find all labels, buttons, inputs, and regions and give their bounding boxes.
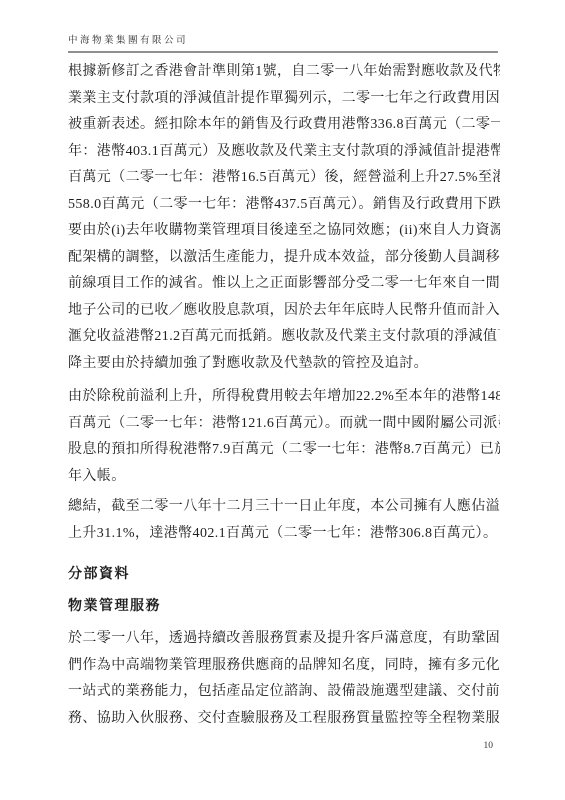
header-rule bbox=[68, 51, 498, 53]
paragraph-line: 被重新表述。經扣除本年的銷售及行政費用港幣336.8百萬元（二零一七 bbox=[68, 112, 500, 139]
paragraph-line: 降主要由於持續加強了對應收款及代墊款的管控及追討。 bbox=[68, 351, 500, 378]
paragraph-line: 前線項目工作的減省。惟以上之正面影響部分受二零一七年來自一間內 bbox=[68, 271, 500, 298]
paragraph-property-management: 於二零一八年，透過持續改善服務質素及提升客戶滿意度，有助鞏固我 們作為中高端物業… bbox=[68, 626, 500, 732]
paragraph-line: 年：港幣403.1百萬元）及應收款及代業主支付款項的淨減值計提港幣7.0 bbox=[68, 139, 500, 166]
paragraph-line: 配架構的調整，以激活生產能力，提升成本效益，部分後勤人員調移至 bbox=[68, 245, 500, 272]
paragraph-line: 百萬元（二零一七年：港幣16.5百萬元）後，經營溢利上升27.5%至港幣 bbox=[68, 165, 500, 192]
section-heading-segment-information: 分部資料 bbox=[68, 562, 500, 589]
paragraph-line: 滙兌收益港幣21.2百萬元而抵銷。應收款及代業主支付款項的淨減值下 bbox=[68, 324, 500, 351]
paragraph-line: 於二零一八年，透過持續改善服務質素及提升客戶滿意度，有助鞏固我 bbox=[68, 626, 500, 653]
paragraph-line: 一站式的業務能力，包括產品定位諮詢、設備設施選型建議、交付前服 bbox=[68, 679, 500, 706]
paragraph-operating-profit: 根據新修訂之香港會計準則第1號，自二零一八年始需對應收款及代物 業業主支付款項的… bbox=[68, 59, 500, 377]
paragraph-line: 百萬元（二零一七年：港幣121.6百萬元）。而就一間中國附屬公司派發 bbox=[68, 411, 500, 438]
paragraph-line: 558.0百萬元（二零一七年：港幣437.5百萬元）。銷售及行政費用下跌主 bbox=[68, 192, 500, 219]
paragraph-line: 上升31.1%，達港幣402.1百萬元（二零一七年：港幣306.8百萬元）。 bbox=[68, 521, 500, 548]
paragraph-line: 股息的預扣所得稅港幣7.9百萬元（二零一七年：港幣8.7百萬元）已於本 bbox=[68, 437, 500, 464]
paragraph-line: 年入帳。 bbox=[68, 464, 500, 491]
paragraph-line: 由於除稅前溢利上升，所得稅費用較去年增加22.2%至本年的港幣148.6 bbox=[68, 384, 500, 411]
page-number: 10 bbox=[68, 741, 493, 751]
paragraph-profit-summary: 總結，截至二零一八年十二月三十一日止年度，本公司擁有人應佔溢利 上升31.1%，… bbox=[68, 494, 500, 547]
paragraph-line: 務、協助入伙服務、交付查驗服務及工程服務質量監控等全程物業服務 bbox=[68, 706, 500, 733]
paragraph-line: 要由於(i)去年收購物業管理項目後達至之協同效應；(ii)來自人力資源分 bbox=[68, 218, 500, 245]
paragraph-line: 總結，截至二零一八年十二月三十一日止年度，本公司擁有人應佔溢利 bbox=[68, 494, 500, 521]
paragraph-income-tax: 由於除稅前溢利上升，所得稅費用較去年增加22.2%至本年的港幣148.6 百萬元… bbox=[68, 384, 500, 490]
paragraph-line: 根據新修訂之香港會計準則第1號，自二零一八年始需對應收款及代物 bbox=[68, 59, 500, 86]
paragraph-line: 地子公司的已收／應收股息款項，因於去年年底時人民幣升值而計入的 bbox=[68, 298, 500, 325]
subsection-heading-property-management-services: 物業管理服務 bbox=[68, 594, 500, 621]
document-page: 中海物業集團有限公司 根據新修訂之香港會計準則第1號，自二零一八年始需對應收款及… bbox=[0, 0, 565, 800]
paragraph-line: 們作為中高端物業管理服務供應商的品牌知名度，同時，擁有多元化及 bbox=[68, 653, 500, 680]
company-name-header: 中海物業集團有限公司 bbox=[68, 32, 500, 46]
paragraph-line: 業業主支付款項的淨減值計提作單獨列示，二零一七年之行政費用因而 bbox=[68, 86, 500, 113]
